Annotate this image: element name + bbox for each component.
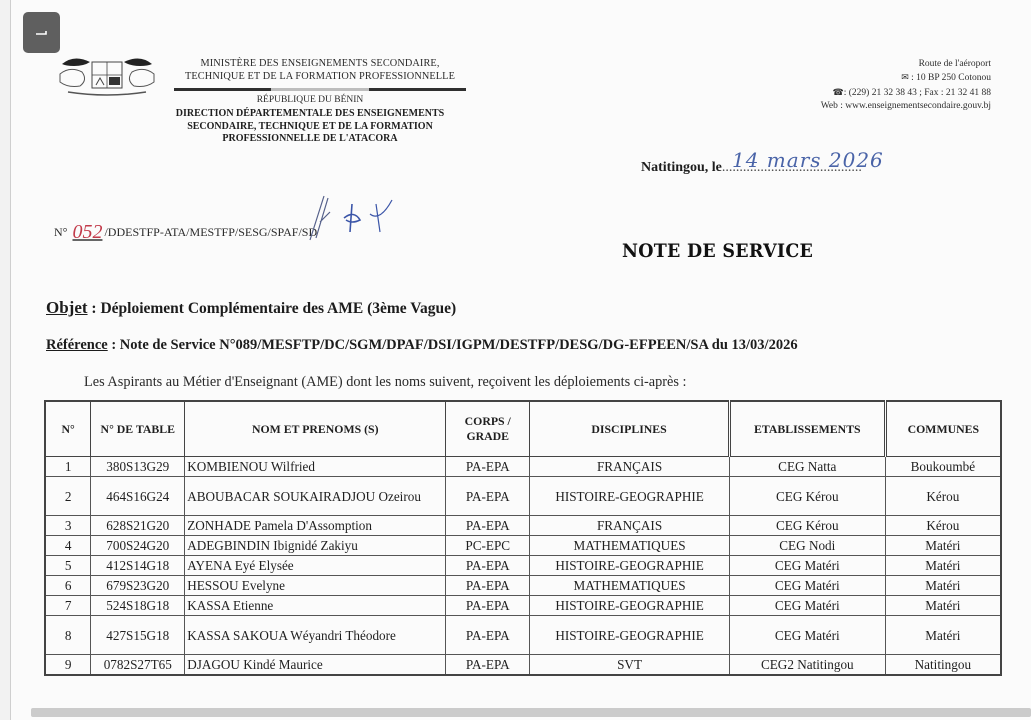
cell-grade: PA-EPA bbox=[446, 556, 530, 576]
cell-commune: Kérou bbox=[885, 477, 1001, 516]
address-street: Route de l'aéroport bbox=[821, 58, 991, 71]
ref-suffix: /DDESTFP-ATA/MESTFP/SESG/SPAF/SD bbox=[104, 225, 317, 239]
telephone-icon: ☎ bbox=[833, 87, 844, 97]
cell-commune: Matéri bbox=[885, 536, 1001, 556]
ministry-line-2: TECHNIQUE ET DE LA FORMATION PROFESSIONN… bbox=[170, 71, 470, 84]
cell-name: ADEGBINDIN Ibignidé Zakiyu bbox=[185, 536, 446, 556]
cell-name: DJAGOU Kindé Maurice bbox=[185, 655, 446, 676]
cell-table-no: 524S18G18 bbox=[91, 596, 185, 616]
cell-discipline: HISTOIRE-GEOGRAPHIE bbox=[530, 556, 730, 576]
cell-n: 5 bbox=[45, 556, 91, 576]
cell-etablissement: CEG Matéri bbox=[729, 616, 885, 655]
cell-grade: PA-EPA bbox=[446, 457, 530, 477]
col-header-commune: COMMUNES bbox=[885, 401, 1001, 457]
subject-line: Objet : Déploiement Complémentaire des A… bbox=[46, 298, 456, 318]
col-header-name: NOM ET PRENOMS (S) bbox=[185, 401, 446, 457]
cell-grade: PA-EPA bbox=[446, 616, 530, 655]
flag-bar-segment bbox=[174, 88, 271, 91]
cell-commune: Kérou bbox=[885, 516, 1001, 536]
table-row: 90782S27T65DJAGOU Kindé MauricePA-EPASVT… bbox=[45, 655, 1001, 676]
cell-etablissement: CEG2 Natitingou bbox=[729, 655, 885, 676]
cell-grade: PA-EPA bbox=[446, 655, 530, 676]
return-button[interactable] bbox=[23, 12, 60, 53]
cell-discipline: MATHEMATIQUES bbox=[530, 536, 730, 556]
benin-coat-of-arms-icon bbox=[54, 52, 160, 102]
horizontal-scrollbar[interactable] bbox=[31, 708, 1031, 717]
col-header-discipline: DISCIPLINES bbox=[530, 401, 730, 457]
cell-n: 7 bbox=[45, 596, 91, 616]
cell-name: ABOUBACAR SOUKAIRADJOU Ozeirou bbox=[185, 477, 446, 516]
col-header-etablissement: ETABLISSEMENTS bbox=[729, 401, 885, 457]
cell-discipline: HISTOIRE-GEOGRAPHIE bbox=[530, 477, 730, 516]
intro-paragraph: Les Aspirants au Métier d'Enseignant (AM… bbox=[84, 374, 687, 391]
cell-n: 4 bbox=[45, 536, 91, 556]
cell-discipline: MATHEMATIQUES bbox=[530, 576, 730, 596]
cell-grade: PA-EPA bbox=[446, 516, 530, 536]
cell-grade: PA-EPA bbox=[446, 576, 530, 596]
table-row: 5412S14G18AYENA Eyé ElyséePA-EPAHISTOIRE… bbox=[45, 556, 1001, 576]
cell-name: KASSA SAKOUA Wéyandri Théodore bbox=[185, 616, 446, 655]
reference-number: N° 052/DDESTFP-ATA/MESTFP/SESG/SPAF/SD bbox=[54, 221, 317, 244]
table-row: 3628S21G20ZONHADE Pamela D'AssomptionPA-… bbox=[45, 516, 1001, 536]
col-header-n: N° bbox=[45, 401, 91, 457]
address-phone: ☎: (229) 21 32 38 43 ; Fax : 21 32 41 88 bbox=[821, 86, 991, 100]
cell-discipline: HISTOIRE-GEOGRAPHIE bbox=[530, 616, 730, 655]
cell-n: 3 bbox=[45, 516, 91, 536]
cell-table-no: 700S24G20 bbox=[91, 536, 185, 556]
date-prefix: Natitingou, le bbox=[641, 160, 722, 175]
col-header-table-no: N° DE TABLE bbox=[91, 401, 185, 457]
cell-table-no: 628S21G20 bbox=[91, 516, 185, 536]
reference-text: : Note de Service N°089/MESFTP/DC/SGM/DP… bbox=[108, 337, 798, 353]
cell-grade: PA-EPA bbox=[446, 596, 530, 616]
republic-name: RÉPUBLIQUE DU BÉNIN bbox=[160, 95, 460, 105]
cell-discipline: HISTOIRE-GEOGRAPHIE bbox=[530, 596, 730, 616]
cell-etablissement: CEG Matéri bbox=[729, 556, 885, 576]
direction-line-1: DIRECTION DÉPARTEMENTALE DES ENSEIGNEMEN… bbox=[160, 108, 460, 121]
ref-handwritten-number: 052 bbox=[72, 221, 102, 243]
reference-line: Référence : Note de Service N°089/MESFTP… bbox=[46, 337, 798, 354]
cell-table-no: 427S15G18 bbox=[91, 616, 185, 655]
cell-name: KOMBIENOU Wilfried bbox=[185, 457, 446, 477]
table-row: 2464S16G24ABOUBACAR SOUKAIRADJOU Ozeirou… bbox=[45, 477, 1001, 516]
cell-commune: Natitingou bbox=[885, 655, 1001, 676]
phone-text: : (229) 21 32 38 43 ; Fax : 21 32 41 88 bbox=[844, 88, 991, 98]
ministry-name: MINISTÈRE DES ENSEIGNEMENTS SECONDAIRE, … bbox=[170, 58, 470, 83]
reference-label: Référence bbox=[46, 337, 108, 353]
cell-table-no: 0782S27T65 bbox=[91, 655, 185, 676]
cell-discipline: FRANÇAIS bbox=[530, 516, 730, 536]
address-po-box: ✉ : 10 BP 250 Cotonou bbox=[821, 71, 991, 85]
subject-text: : Déploiement Complémentaire des AME (3è… bbox=[88, 300, 457, 317]
address-web: Web : www.enseignementsecondaire.gouv.bj bbox=[821, 100, 991, 113]
subject-label: Objet bbox=[46, 298, 88, 317]
cell-grade: PC-EPC bbox=[446, 536, 530, 556]
cell-etablissement: CEG Kérou bbox=[729, 516, 885, 536]
cell-table-no: 412S14G18 bbox=[91, 556, 185, 576]
cell-etablissement: CEG Matéri bbox=[729, 576, 885, 596]
cell-grade: PA-EPA bbox=[446, 477, 530, 516]
cell-table-no: 679S23G20 bbox=[91, 576, 185, 596]
handwritten-date: 14 mars 2026 bbox=[732, 148, 884, 172]
table-row: 4700S24G20ADEGBINDIN Ibignidé ZakiyuPC-E… bbox=[45, 536, 1001, 556]
cell-commune: Matéri bbox=[885, 596, 1001, 616]
cell-etablissement: CEG Matéri bbox=[729, 596, 885, 616]
cell-etablissement: CEG Natta bbox=[729, 457, 885, 477]
cell-etablissement: CEG Nodi bbox=[729, 536, 885, 556]
flag-bar-segment bbox=[369, 88, 466, 91]
cell-name: ZONHADE Pamela D'Assomption bbox=[185, 516, 446, 536]
cell-table-no: 380S13G29 bbox=[91, 457, 185, 477]
cell-name: KASSA Etienne bbox=[185, 596, 446, 616]
cell-discipline: SVT bbox=[530, 655, 730, 676]
table-row: 8427S15G18KASSA SAKOUA Wéyandri Théodore… bbox=[45, 616, 1001, 655]
direction-name: DIRECTION DÉPARTEMENTALE DES ENSEIGNEMEN… bbox=[160, 108, 460, 146]
cell-etablissement: CEG Kérou bbox=[729, 477, 885, 516]
address-block: Route de l'aéroport ✉ : 10 BP 250 Cotono… bbox=[821, 58, 991, 113]
signature-initials bbox=[300, 192, 410, 242]
cell-n: 8 bbox=[45, 616, 91, 655]
cell-n: 9 bbox=[45, 655, 91, 676]
return-arrow-icon bbox=[33, 24, 51, 42]
document-title: NOTE DE SERVICE bbox=[622, 240, 813, 262]
ministry-line-1: MINISTÈRE DES ENSEIGNEMENTS SECONDAIRE, bbox=[170, 58, 470, 71]
flag-bar bbox=[174, 88, 466, 91]
cell-commune: Matéri bbox=[885, 616, 1001, 655]
flag-bar-segment bbox=[271, 88, 368, 91]
po-box-text: : 10 BP 250 Cotonou bbox=[911, 73, 991, 83]
col-header-grade: CORPS / GRADE bbox=[446, 401, 530, 457]
table-row: 1380S13G29KOMBIENOU WilfriedPA-EPAFRANÇA… bbox=[45, 457, 1001, 477]
table-header-row: N° N° DE TABLE NOM ET PRENOMS (S) CORPS … bbox=[45, 401, 1001, 457]
cell-commune: Boukoumbé bbox=[885, 457, 1001, 477]
cell-commune: Matéri bbox=[885, 576, 1001, 596]
cell-n: 2 bbox=[45, 477, 91, 516]
table-row: 7524S18G18KASSA EtiennePA-EPAHISTOIRE-GE… bbox=[45, 596, 1001, 616]
cell-name: HESSOU Evelyne bbox=[185, 576, 446, 596]
mailbox-icon: ✉ bbox=[901, 72, 909, 82]
cell-n: 1 bbox=[45, 457, 91, 477]
ref-prefix: N° bbox=[54, 225, 67, 239]
viewer-gutter bbox=[0, 0, 10, 720]
cell-table-no: 464S16G24 bbox=[91, 477, 185, 516]
cell-commune: Matéri bbox=[885, 556, 1001, 576]
cell-name: AYENA Eyé Elysée bbox=[185, 556, 446, 576]
cell-discipline: FRANÇAIS bbox=[530, 457, 730, 477]
viewer-edge bbox=[10, 0, 11, 720]
cell-n: 6 bbox=[45, 576, 91, 596]
table-row: 6679S23G20HESSOU EvelynePA-EPAMATHEMATIQ… bbox=[45, 576, 1001, 596]
direction-line-2: SECONDAIRE, TECHNIQUE ET DE LA FORMATION bbox=[160, 121, 460, 134]
direction-line-3: PROFESSIONNELLE DE L'ATACORA bbox=[160, 133, 460, 146]
deployment-table: N° N° DE TABLE NOM ET PRENOMS (S) CORPS … bbox=[44, 400, 1002, 676]
